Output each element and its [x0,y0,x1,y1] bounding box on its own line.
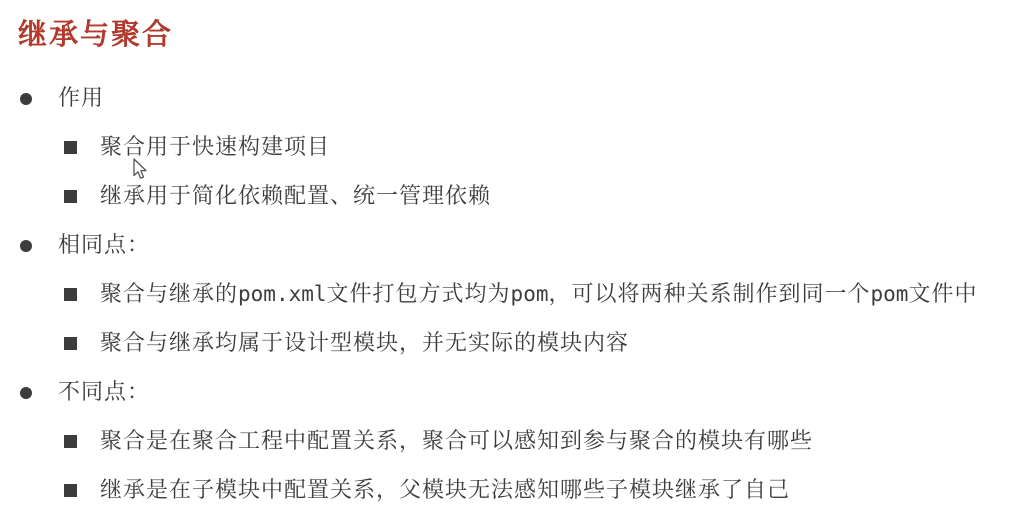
circle-bullet-icon [20,240,32,252]
code-text: pom [511,282,549,306]
sub-bullet-item: 继承是在子模块中配置关系，父模块无法感知哪些子模块继承了自己 [0,476,1034,524]
sub-bullet-text: 聚合用于快速构建项目 [100,133,330,161]
sub-bullet-text: 继承用于简化依赖配置、统一管理依赖 [100,182,491,210]
square-bullet-icon [64,190,77,203]
code-text: pom [871,282,909,306]
bullet-label: 相同点： [58,231,150,259]
outline-list: 作用聚合用于快速构建项目继承用于简化依赖配置、统一管理依赖相同点：聚合与继承的p… [0,84,1034,524]
sub-bullet-text: 聚合是在聚合工程中配置关系，聚合可以感知到参与聚合的模块有哪些 [100,427,813,455]
circle-bullet-icon [20,387,32,399]
body-text: 聚合用于快速构建项目 [100,134,330,159]
circle-bullet-icon [20,93,32,105]
body-text: 聚合与继承均属于设计型模块，并无实际的模块内容 [100,330,629,355]
square-bullet-icon [64,288,77,301]
bullet-label: 作用 [58,84,104,112]
body-text: ，可以将两种关系制作到同一个 [548,281,870,306]
sub-bullet-item: 聚合是在聚合工程中配置关系，聚合可以感知到参与聚合的模块有哪些 [0,427,1034,476]
sub-bullet-item: 聚合与继承的pom.xml文件打包方式均为pom，可以将两种关系制作到同一个po… [0,280,1034,329]
square-bullet-icon [64,435,77,448]
square-bullet-icon [64,484,77,497]
page-title: 继承与聚合 [18,12,173,53]
body-text: 文件打包方式均为 [327,281,511,306]
slide-page: 继承与聚合 作用聚合用于快速构建项目继承用于简化依赖配置、统一管理依赖相同点：聚… [0,0,1034,524]
sub-bullet-item: 聚合与继承均属于设计型模块，并无实际的模块内容 [0,329,1034,378]
bullet-item: 作用 [0,84,1034,133]
bullet-label: 不同点： [58,378,150,406]
square-bullet-icon [64,337,77,350]
sub-bullet-item: 聚合用于快速构建项目 [0,133,1034,182]
bullet-item: 不同点： [0,378,1034,427]
bullet-item: 相同点： [0,231,1034,280]
code-text: pom.xml [238,282,327,306]
body-text: 继承是在子模块中配置关系，父模块无法感知哪些子模块继承了自己 [100,477,790,502]
sub-bullet-text: 聚合与继承的pom.xml文件打包方式均为pom，可以将两种关系制作到同一个po… [100,280,977,308]
sub-bullet-text: 继承是在子模块中配置关系，父模块无法感知哪些子模块继承了自己 [100,476,790,504]
square-bullet-icon [64,141,77,154]
sub-bullet-text: 聚合与继承均属于设计型模块，并无实际的模块内容 [100,329,629,357]
body-text: 继承用于简化依赖配置、统一管理依赖 [100,183,491,208]
sub-bullet-item: 继承用于简化依赖配置、统一管理依赖 [0,182,1034,231]
body-text: 文件中 [908,281,977,306]
body-text: 聚合与继承的 [100,281,238,306]
body-text: 聚合是在聚合工程中配置关系，聚合可以感知到参与聚合的模块有哪些 [100,428,813,453]
